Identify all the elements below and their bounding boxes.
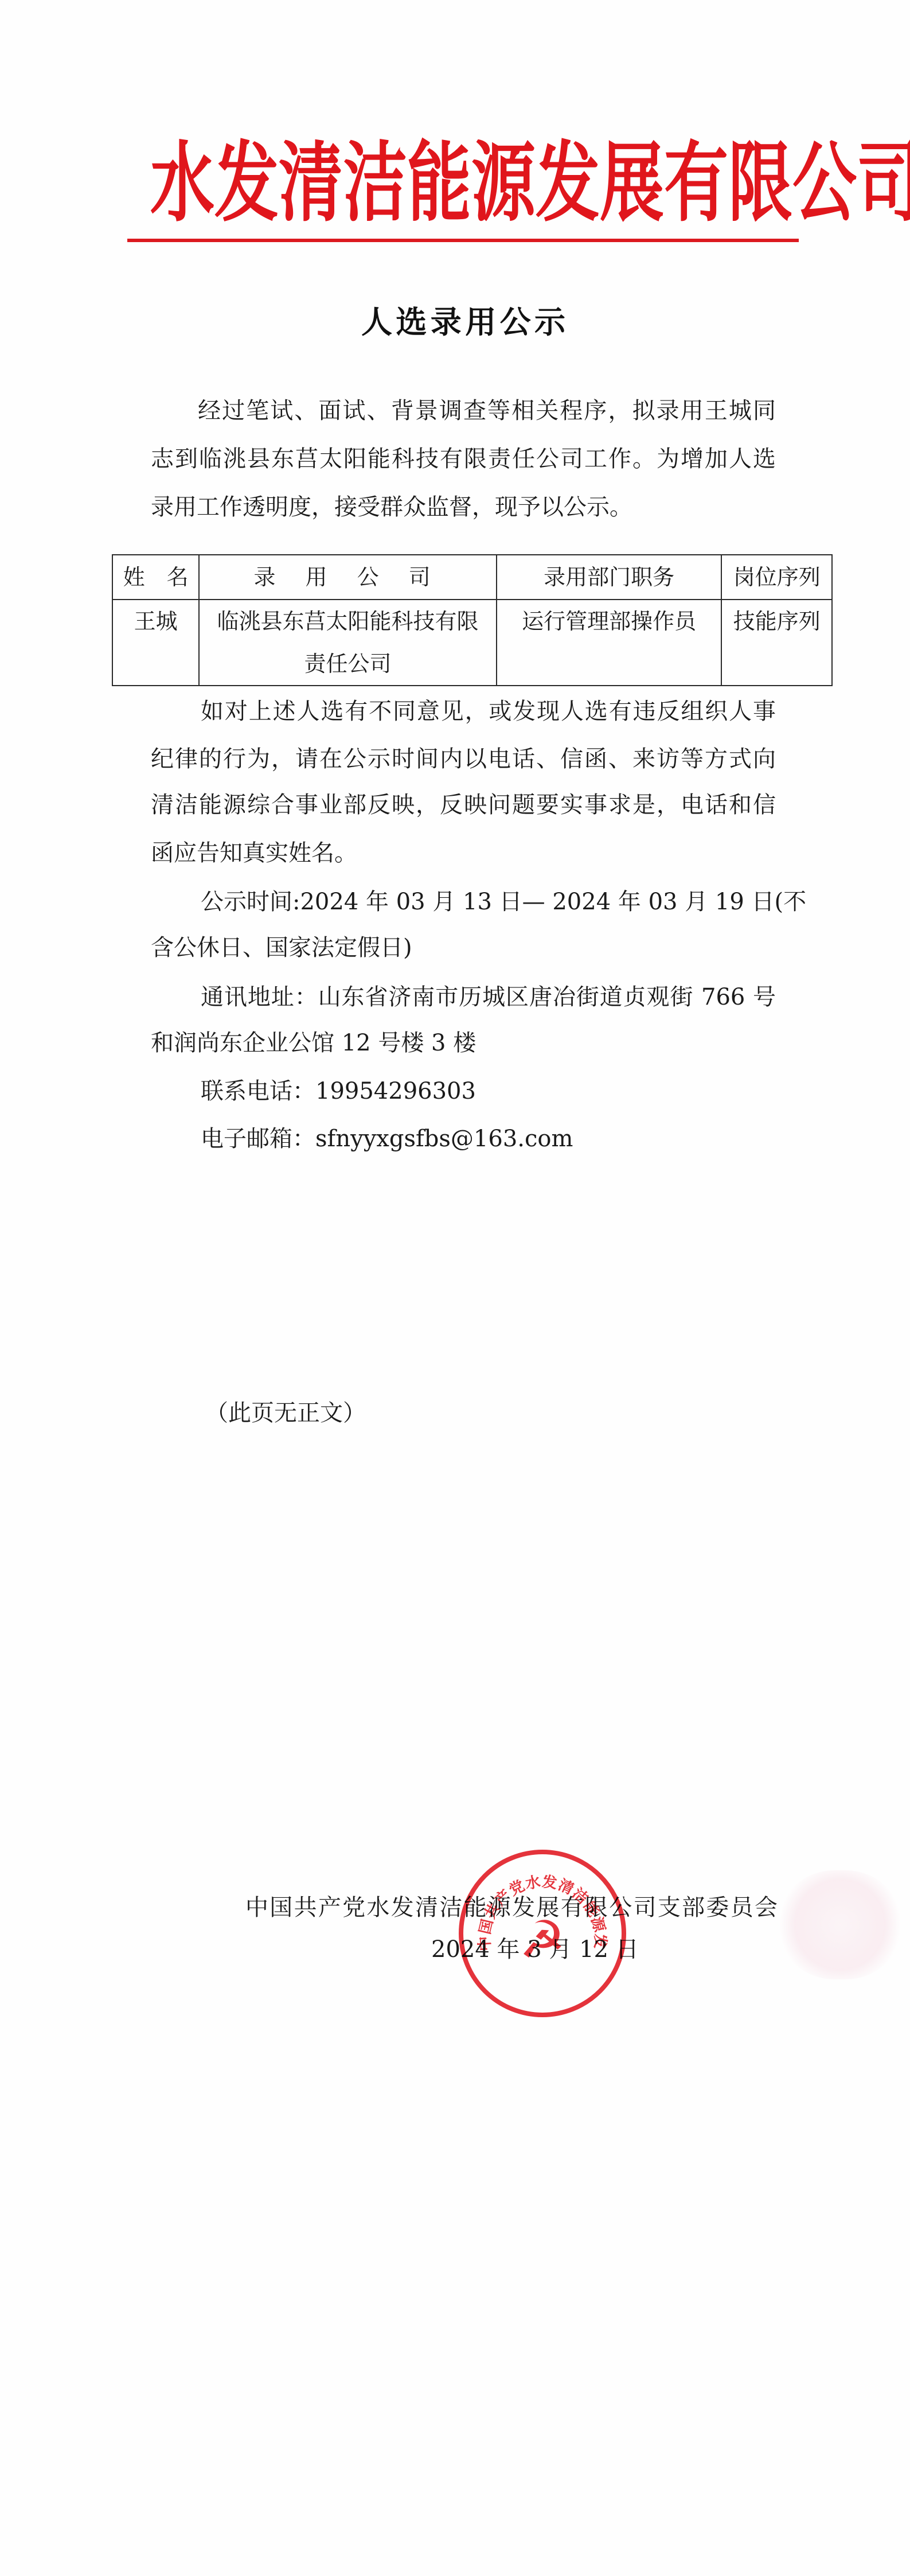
cell-company: 临洮县东莒太阳能科技有限 责任公司 xyxy=(199,600,497,686)
official-seal: 中国共产党水发清洁能源发展有限公司支部委员会 ☭ xyxy=(459,1850,626,2017)
paragraph-line: 清洁能源综合事业部反映，反映问题要实事求是，电话和信 xyxy=(151,789,776,821)
paragraph-line: 纪律的行为，请在公示时间内以电话、信函、来访等方式向 xyxy=(151,743,776,775)
cell-sequence: 技能序列 xyxy=(721,600,832,686)
paragraph-line: 志到临洮县东莒太阳能科技有限责任公司工作。为增加人选 xyxy=(151,443,776,475)
cell-company-line2: 责任公司 xyxy=(200,643,496,685)
paragraph-line: 经过笔试、面试、背景调查等相关程序，拟录用王城同 xyxy=(198,395,776,427)
letterhead-divider xyxy=(127,239,799,242)
letterhead-company-name: 水发清洁能源发展有限公司 xyxy=(150,118,767,250)
period-line: 含公休日、国家法定假日) xyxy=(151,932,495,964)
cell-position: 运行管理部操作员 xyxy=(497,600,722,686)
header-department-position: 录用部门职务 xyxy=(497,555,722,600)
address-line: 通讯地址：山东省济南市历城区唐冶街道贞观街 766 号 xyxy=(201,981,776,1013)
paragraph-line: 录用工作透明度，接受群众监督，现予以公示。 xyxy=(151,491,587,523)
no-body-note: （此页无正文） xyxy=(205,1397,435,1429)
cell-company-line1: 临洮县东莒太阳能科技有限 xyxy=(200,600,496,643)
address-line: 和润尚东企业公馆 12 号楼 3 楼 xyxy=(151,1027,495,1059)
contact-email: 电子邮箱：sfnyyxgsfbs@163.com xyxy=(201,1123,602,1155)
header-company: 录 用 公 司 xyxy=(199,555,497,600)
contact-phone: 联系电话：19954296303 xyxy=(201,1075,522,1107)
document-title: 人选录用公示 xyxy=(361,302,565,342)
hiring-table: 姓 名 录 用 公 司 录用部门职务 岗位序列 王城 临洮县东莒太阳能科技有限 … xyxy=(112,554,833,686)
paragraph-line: 函应告知真实姓名。 xyxy=(151,837,438,869)
table-row: 王城 临洮县东莒太阳能科技有限 责任公司 运行管理部操作员 技能序列 xyxy=(112,600,832,686)
header-company-label: 录 用 公 司 xyxy=(253,565,442,590)
faint-stamp-mark xyxy=(780,1870,900,1979)
hammer-sickle-icon: ☭ xyxy=(514,1912,571,1969)
cell-name: 王城 xyxy=(112,600,199,686)
paragraph-line: 如对上述人选有不同意见，或发现人选有违反组织人事 xyxy=(201,695,776,727)
period-line: 公示时间:2024 年 03 月 13 日— 2024 年 03 月 19 日(… xyxy=(201,886,776,918)
table-header-row: 姓 名 录 用 公 司 录用部门职务 岗位序列 xyxy=(112,555,832,600)
header-name: 姓 名 xyxy=(112,555,199,600)
header-job-sequence: 岗位序列 xyxy=(721,555,832,600)
